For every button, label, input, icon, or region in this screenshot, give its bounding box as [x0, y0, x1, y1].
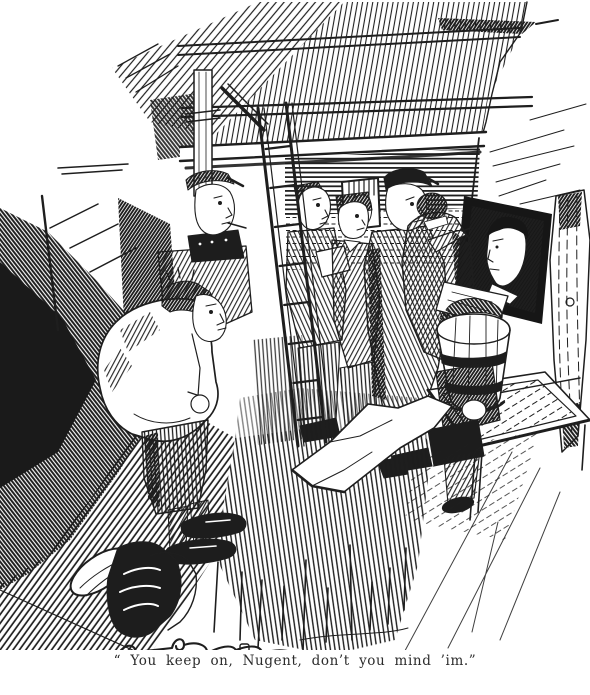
roof-thatch — [112, 2, 558, 160]
caption: “ You keep on, Nugent, don’t you mind ’i… — [0, 653, 590, 669]
book-illustration: “ You keep on, Nugent, don’t you mind ’i… — [0, 0, 590, 695]
right-wall — [490, 104, 586, 204]
illustration-drawing — [0, 0, 590, 650]
